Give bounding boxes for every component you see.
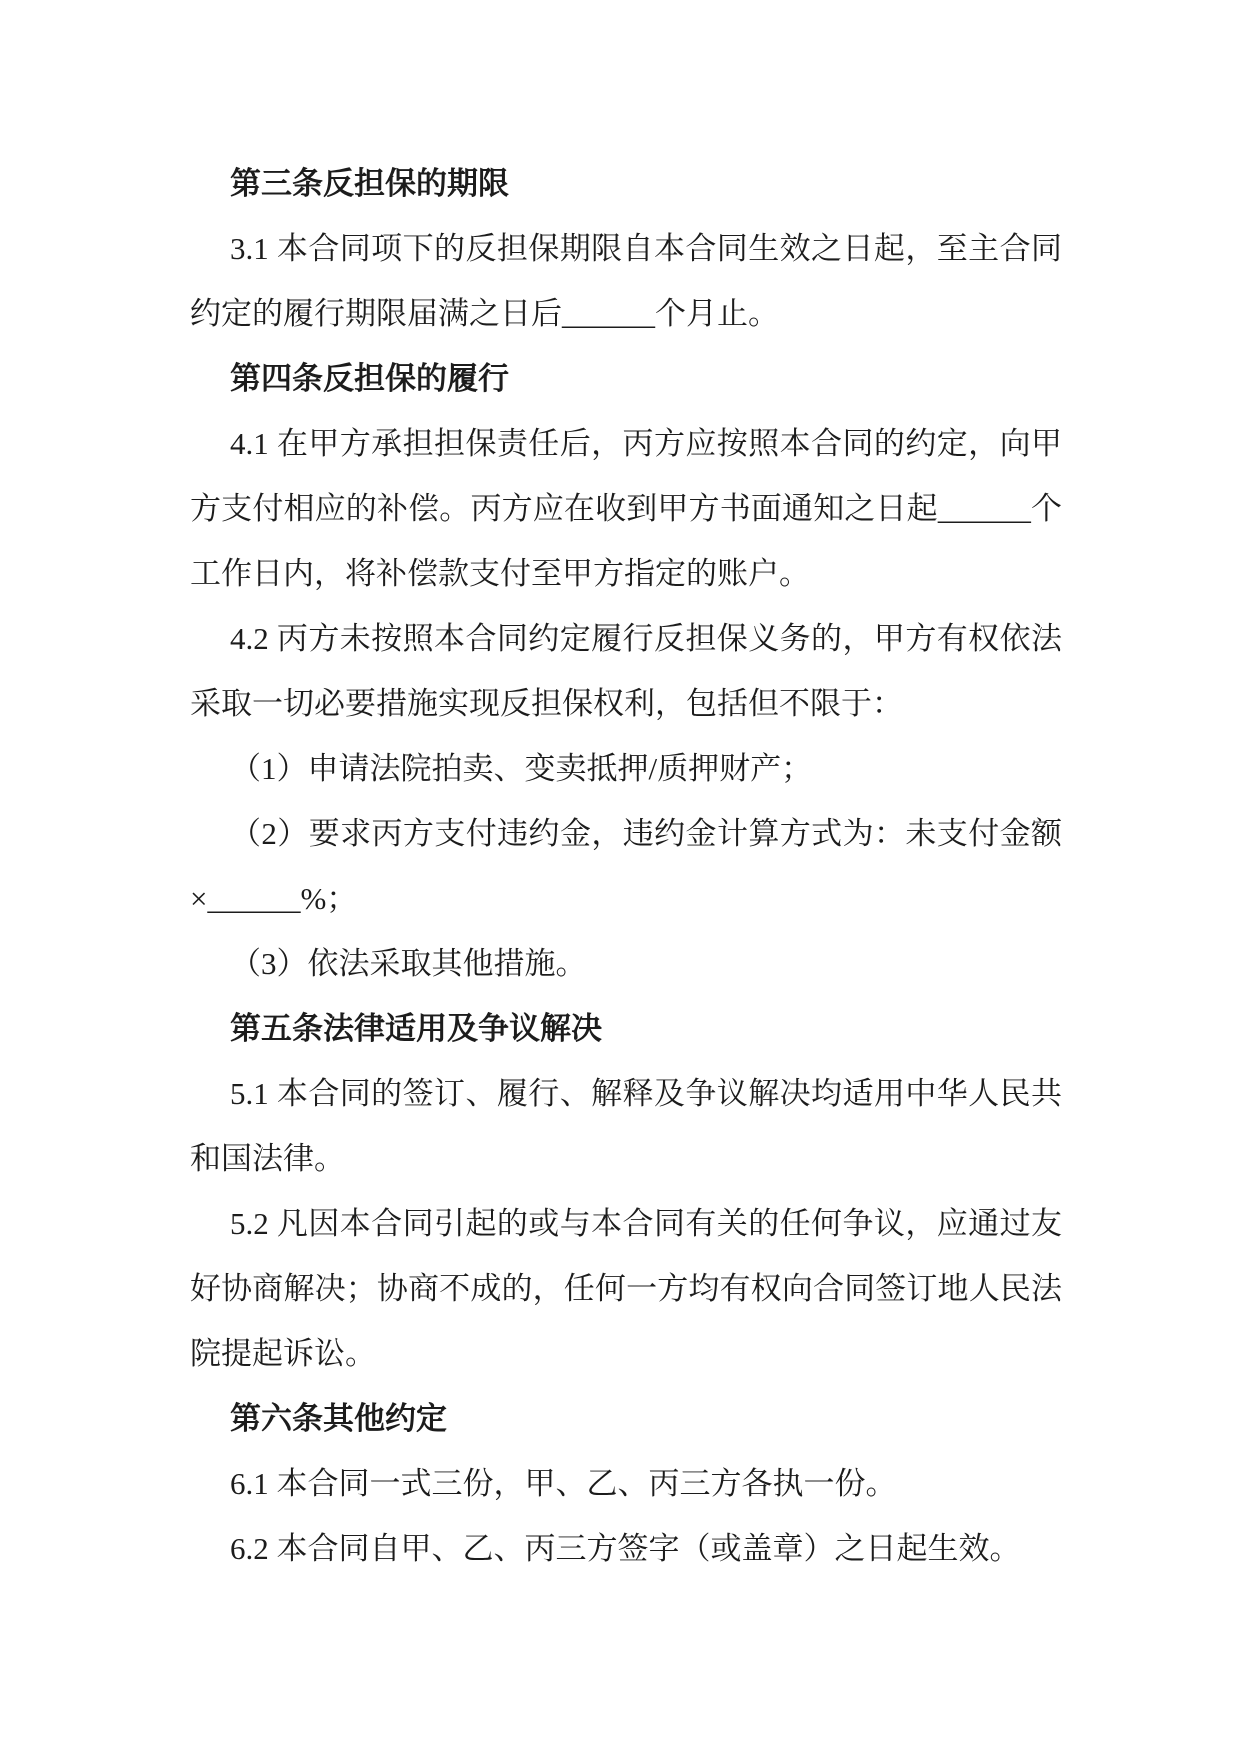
clause-5-1-paragraph: 5.1 本合同的签订、履行、解释及争议解决均适用中华人民共和国法律。 [190, 1061, 1062, 1191]
clause-6-1-paragraph: 6.1 本合同一式三份，甲、乙、丙三方各执一份。 [190, 1451, 1062, 1516]
clause-4-2-item-1: （1）申请法院拍卖、变卖抵押/质押财产； [190, 736, 1062, 801]
clause-5-heading: 第五条法律适用及争议解决 [190, 996, 1062, 1061]
clause-4-heading: 第四条反担保的履行 [190, 346, 1062, 411]
clause-5-2-paragraph: 5.2 凡因本合同引起的或与本合同有关的任何争议，应通过友好协商解决；协商不成的… [190, 1191, 1062, 1386]
clause-6-2-paragraph: 6.2 本合同自甲、乙、丙三方签字（或盖章）之日起生效。 [190, 1516, 1062, 1581]
clause-3-heading: 第三条反担保的期限 [190, 151, 1062, 216]
clause-6-heading: 第六条其他约定 [190, 1386, 1062, 1451]
clause-4-2-item-3: （3）依法采取其他措施。 [190, 931, 1062, 996]
clause-3-1-paragraph: 3.1 本合同项下的反担保期限自本合同生效之日起，至主合同约定的履行期限届满之日… [190, 216, 1062, 346]
contract-body: 第三条反担保的期限 3.1 本合同项下的反担保期限自本合同生效之日起，至主合同约… [190, 151, 1062, 1581]
clause-4-2-paragraph: 4.2 丙方未按照本合同约定履行反担保义务的，甲方有权依法采取一切必要措施实现反… [190, 606, 1062, 736]
document-page: 第三条反担保的期限 3.1 本合同项下的反担保期限自本合同生效之日起，至主合同约… [0, 0, 1240, 1753]
clause-4-1-paragraph: 4.1 在甲方承担担保责任后，丙方应按照本合同的约定，向甲方支付相应的补偿。丙方… [190, 411, 1062, 606]
clause-4-2-item-2: （2）要求丙方支付违约金，违约金计算方式为：未支付金额×______%； [190, 801, 1062, 931]
